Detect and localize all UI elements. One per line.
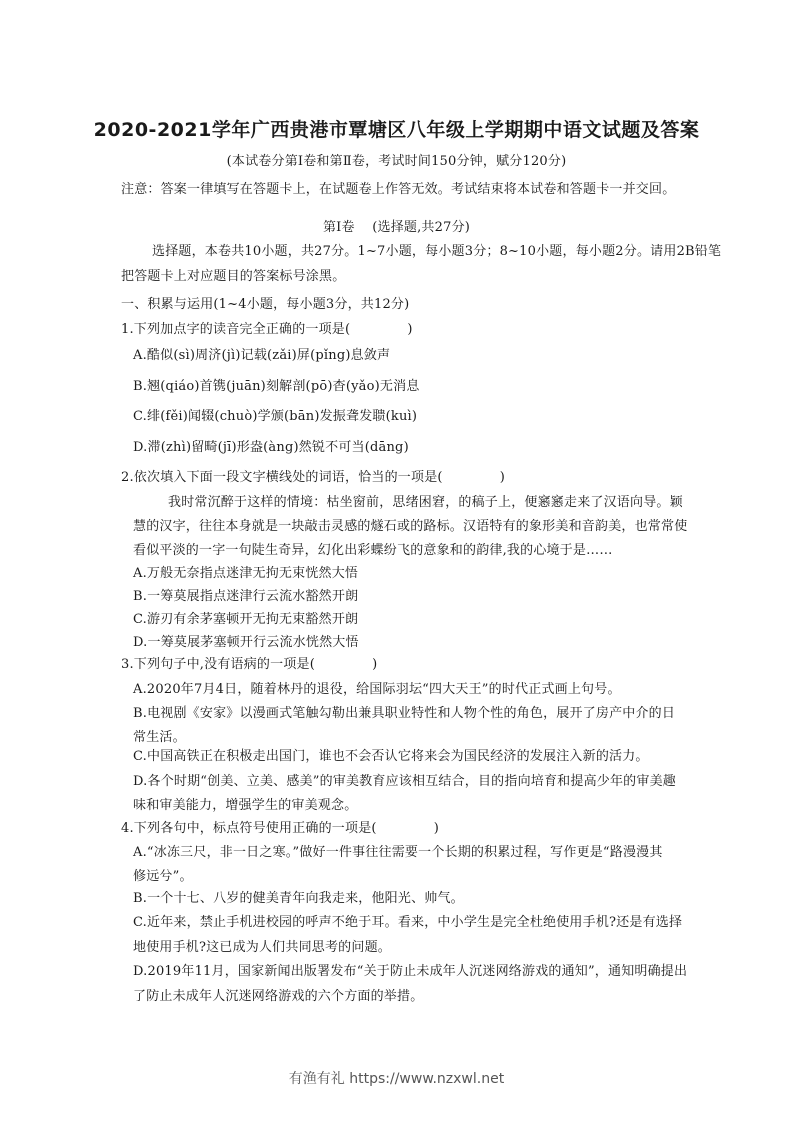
question-3-stem: 3.下列句子中,没有语病的一项是( ) [121,656,377,674]
question-3-option-b-line-2: 常生活。 [133,729,186,747]
question-1-option-a: A.酷似(sì)周济(jì)记载(zǎi)屏(pǐng)息敛声 [133,347,390,365]
question-2-passage-line-2: 慧的汉字，往往本身就是一块敲击灵感的燧石或的路标。汉语特有的象形美和音韵美，也常… [133,518,687,536]
question-4-option-d-line-2: 了防止未成年人沉迷网络游戏的六个方面的举措。 [133,988,423,1006]
question-4-option-b: B.一个十七、八岁的健美青年向我走来，他阳光、帅气。 [133,890,464,908]
question-4-option-a-line-1: A.“冰冻三尺，非一日之寒。”做好一件事往往需要一个长期的积累过程，写作更是“路… [133,844,663,862]
footer-watermark: 有渔有礼 https://www.nzxwl.net [0,1068,793,1088]
question-3-option-d-line-1: D.各个时期“创美、立美、感美”的审美教育应该相互结合，目的指向培育和提高少年的… [133,773,676,791]
part-heading: 一、积累与运用(1~4小题，每小题3分，共12分) [121,296,409,314]
notice-text: 注意：答案一律填写在答题卡上，在试题卷上作答无效。考试结束将本试卷和答题卡一并交… [121,181,675,199]
question-4-option-d-line-1: D.2019年11月，国家新闻出版署发布“关于防止未成年人沉迷网络游戏的通知”，… [133,963,687,981]
question-2-option-c: C.游刃有余茅塞顿开无拘无束豁然开朗 [133,611,358,629]
question-1-option-b: B.翘(qiáo)首镌(juān)刻解剖(pō)杳(yǎo)无消息 [133,378,420,396]
question-2-option-d: D.一筹莫展茅塞顿开行云流水恍然大悟 [133,634,359,652]
section-heading: 第Ⅰ卷 (选择题,共27分) [0,219,793,237]
instructions-line-1: 选择题，本卷共10小题，共27分。1~7小题，每小题3分；8~10小题，每小题2… [152,243,721,261]
question-2-passage-line-1: 我时常沉醉于这样的情境：枯坐窗前，思绪困窘，的稿子上，便窸窸走来了汉语向导。颖 [168,494,683,512]
question-1-stem: 1.下列加点字的读音完全正确的一项是( ) [121,321,413,339]
exam-subtitle: (本试卷分第Ⅰ卷和第Ⅱ卷，考试时间150分钟，赋分120分) [0,153,793,171]
question-1-option-c: C.绯(fěi)闻辍(chuò)学颁(bān)发振聋发聩(kuì) [133,408,417,426]
question-4-option-c-line-1: C.近年来，禁止手机进校园的呼声不绝于耳。看来，中小学生是完全杜绝使用手机?还是… [133,914,682,932]
page-title: 2020-2021学年广西贵港市覃塘区八年级上学期期中语文试题及答案 [0,115,793,142]
question-3-option-a: A.2020年7月4日，随着林丹的退役，给国际羽坛“四大天王”的时代正式画上句号… [133,681,621,699]
question-4-option-c-line-2: 地使用手机?这已成为人们共同思考的问题。 [133,939,391,957]
question-3-option-d-line-2: 味和审美能力，增强学生的审美观念。 [133,797,357,815]
question-2-option-a: A.万般无奈指点迷津无拘无束恍然大悟 [133,565,358,583]
exam-page: 2020-2021学年广西贵港市覃塘区八年级上学期期中语文试题及答案 (本试卷分… [0,0,793,1122]
question-3-option-c: C.中国高铁正在积极走出国门，谁也不会否认它将来会为国民经济的发展注入新的活力。 [133,748,649,766]
question-2-option-b: B.一筹莫展指点迷津行云流水豁然开朗 [133,588,358,606]
question-3-option-b-line-1: B.电视剧《安家》以漫画式笔触勾勒出兼具职业特性和人物个性的角色，展开了房产中介… [133,705,675,723]
question-4-option-a-line-2: 修远兮”。 [133,868,193,886]
instructions-line-2: 把答题卡上对应题目的答案标号涂黑。 [121,268,345,286]
question-4-stem: 4.下列各句中，标点符号使用正确的一项是( ) [121,820,439,838]
question-2-stem: 2.依次填入下面一段文字横线处的词语，恰当的一项是( ) [121,469,505,487]
question-1-option-d: D.滞(zhì)留畸(jī)形盎(àng)然锐不可当(dāng) [133,439,409,457]
question-2-passage-line-3: 看似平淡的一字一句陡生奇异，幻化出彩蝶纷飞的意象和的韵律,我的心境于是…… [133,542,613,560]
